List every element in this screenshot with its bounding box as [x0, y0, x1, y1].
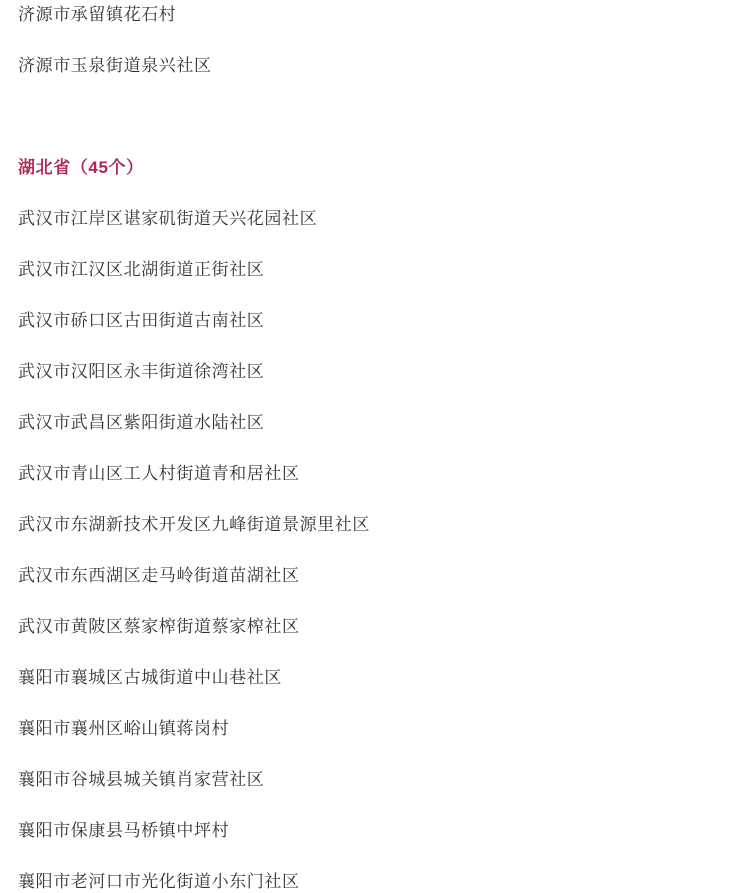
list-item: 济源市玉泉街道泉兴社区 — [18, 52, 710, 79]
list-item: 襄阳市襄州区峪山镇蒋岗村 — [18, 715, 710, 742]
list-item: 济源市承留镇花石村 — [18, 1, 710, 28]
list-item: 武汉市黄陂区蔡家榨街道蔡家榨社区 — [18, 613, 710, 640]
list-item: 襄阳市襄城区古城街道中山巷社区 — [18, 664, 710, 691]
section-gap — [18, 103, 710, 130]
list-item: 武汉市青山区工人村街道青和居社区 — [18, 460, 710, 487]
article-body: 济源市承留镇花石村 济源市玉泉街道泉兴社区 湖北省（45个） 武汉市江岸区谌家矶… — [0, 0, 730, 893]
list-item: 襄阳市保康县马桥镇中坪村 — [18, 817, 710, 844]
list-item: 襄阳市老河口市光化街道小东门社区 — [18, 868, 710, 893]
list-item: 襄阳市谷城县城关镇肖家营社区 — [18, 766, 710, 793]
list-item: 武汉市江汉区北湖街道正街社区 — [18, 256, 710, 283]
list-item: 武汉市东西湖区走马岭街道苗湖社区 — [18, 562, 710, 589]
list-item: 武汉市东湖新技术开发区九峰街道景源里社区 — [18, 511, 710, 538]
list-item: 武汉市汉阳区永丰街道徐湾社区 — [18, 358, 710, 385]
list-item: 武汉市硚口区古田街道古南社区 — [18, 307, 710, 334]
list-item: 武汉市江岸区谌家矶街道天兴花园社区 — [18, 205, 710, 232]
list-item: 武汉市武昌区紫阳街道水陆社区 — [18, 409, 710, 436]
section-heading-hubei: 湖北省（45个） — [18, 154, 710, 181]
